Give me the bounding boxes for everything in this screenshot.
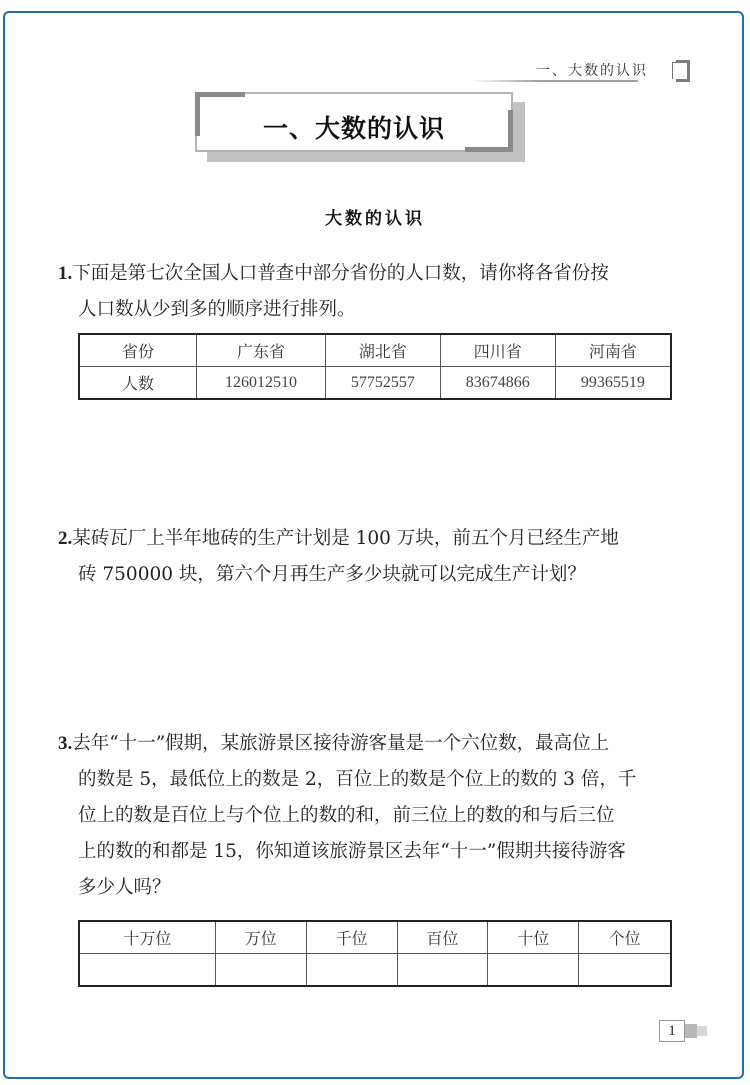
table-cell: 广东省 xyxy=(197,334,326,367)
population-table: 省份 广东省 湖北省 四川省 河南省 人数 126012510 57752557… xyxy=(78,333,672,400)
corner-bracket-icon xyxy=(672,60,690,78)
question-text-line: 某砖瓦厂上半年地砖的生产计划是 100 万块，前五个月已经生产地 xyxy=(72,528,619,549)
answer-cell[interactable] xyxy=(215,954,306,987)
table-cell: 四川省 xyxy=(440,334,555,367)
page-tab-decoration xyxy=(697,1026,707,1036)
table-cell: 十万位 xyxy=(79,921,215,954)
table-cell: 126012510 xyxy=(197,367,326,400)
running-header: 一、大数的认识 xyxy=(470,60,690,84)
table-cell: 万位 xyxy=(215,921,306,954)
answer-cell[interactable] xyxy=(397,954,488,987)
question-number: 1. xyxy=(58,263,72,284)
question-text-line: 砖 750000 块，第六个月再生产多少块就可以完成生产计划？ xyxy=(58,557,674,593)
running-header-text: 一、大数的认识 xyxy=(536,60,648,80)
place-value-table: 十万位 万位 千位 百位 十位 个位 xyxy=(78,920,672,987)
page-tab-decoration xyxy=(685,1024,697,1038)
answer-cell[interactable] xyxy=(488,954,579,987)
answer-cell[interactable] xyxy=(306,954,397,987)
question-2: 2.某砖瓦厂上半年地砖的生产计划是 100 万块，前五个月已经生产地 砖 750… xyxy=(58,521,674,593)
answer-row xyxy=(79,954,671,987)
table-cell: 湖北省 xyxy=(326,334,441,367)
table-cell: 十位 xyxy=(488,921,579,954)
header-rule xyxy=(470,80,638,82)
question-text-line: 下面是第七次全国人口普查中部分省份的人口数，请你将各省份按 xyxy=(72,263,609,284)
table-header-row: 省份 广东省 湖北省 四川省 河南省 xyxy=(79,334,671,367)
table-cell: 河南省 xyxy=(555,334,671,367)
table-cell: 个位 xyxy=(579,921,671,954)
table-cell: 57752557 xyxy=(326,367,441,400)
question-text-line: 上的数的和都是 15，你知道该旅游景区去年“十一”假期共接待游客 xyxy=(58,834,674,870)
chapter-title: 一、大数的认识 xyxy=(197,109,511,145)
question-text-line: 去年“十一”假期，某旅游景区接待游客量是一个六位数，最高位上 xyxy=(72,733,609,754)
table-cell: 千位 xyxy=(306,921,397,954)
answer-cell[interactable] xyxy=(79,954,215,987)
question-number: 2. xyxy=(58,528,72,549)
question-text-line: 位上的数是百位上与个位上的数的和，前三位上的数的和与后三位 xyxy=(58,798,674,834)
question-1: 1.下面是第七次全国人口普查中部分省份的人口数，请你将各省份按 人口数从少到多的… xyxy=(58,256,674,328)
question-number: 3. xyxy=(58,733,72,754)
question-text-line: 的数是 5，最低位上的数是 2，百位上的数是个位上的数的 3 倍，千 xyxy=(58,762,674,798)
table-header-row: 十万位 万位 千位 百位 十位 个位 xyxy=(79,921,671,954)
page-number: 1 xyxy=(659,1020,685,1042)
section-title: 大数的认识 xyxy=(0,204,750,229)
table-cell: 99365519 xyxy=(555,367,671,400)
table-cell: 百位 xyxy=(397,921,488,954)
table-cell: 83674866 xyxy=(440,367,555,400)
question-text-line: 多少人吗？ xyxy=(58,870,674,906)
table-row: 人数 126012510 57752557 83674866 99365519 xyxy=(79,367,671,400)
answer-cell[interactable] xyxy=(579,954,671,987)
table-cell: 人数 xyxy=(79,367,197,400)
title-frame: 一、大数的认识 xyxy=(195,92,513,152)
question-3: 3.去年“十一”假期，某旅游景区接待游客量是一个六位数，最高位上 的数是 5，最… xyxy=(58,726,674,906)
chapter-title-box: 一、大数的认识 xyxy=(195,92,525,160)
table-cell: 省份 xyxy=(79,334,197,367)
question-text-line: 人口数从少到多的顺序进行排列。 xyxy=(58,292,674,328)
